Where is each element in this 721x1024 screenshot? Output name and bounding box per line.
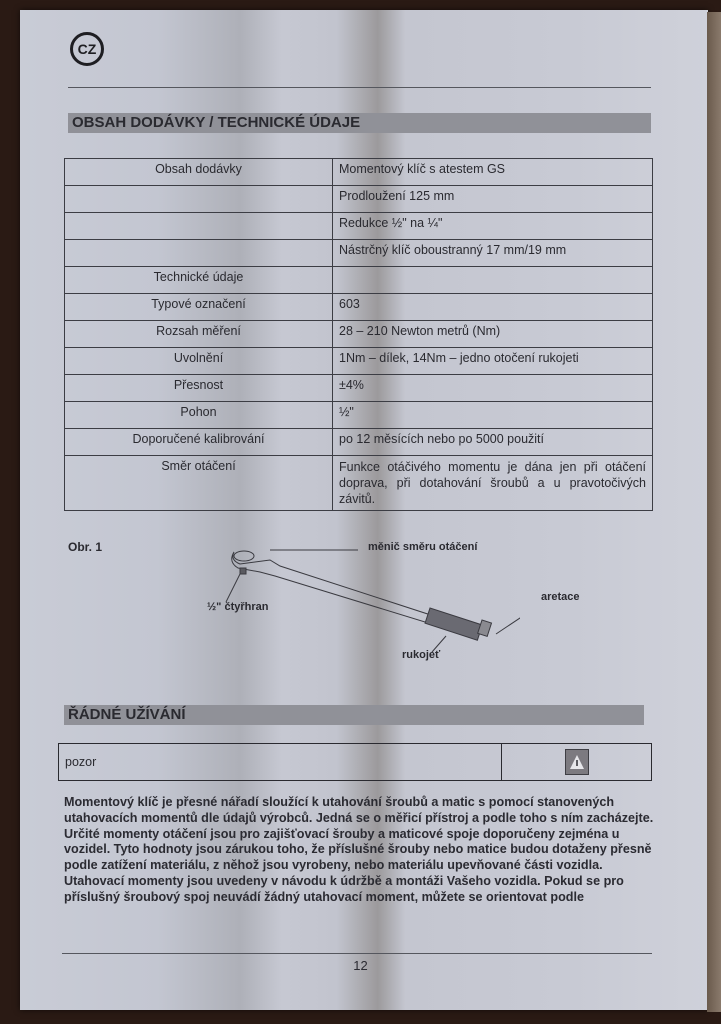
spec-row: Obsah dodávkyMomentový klíč s atestem GS [65, 159, 653, 186]
spec-label [65, 186, 333, 213]
spec-row: Rozsah měření28 – 210 Newton metrů (Nm) [65, 321, 653, 348]
spec-value: 1Nm – dílek, 14Nm – jedno otočení rukoje… [333, 348, 653, 375]
spec-label: Pohon [65, 402, 333, 429]
spec-label: Uvolnění [65, 348, 333, 375]
spec-value: ½" [333, 402, 653, 429]
spec-row: Typové označení603 [65, 294, 653, 321]
figure-label: Obr. 1 [68, 540, 102, 554]
spec-label: Rozsah měření [65, 321, 333, 348]
warning-icon [565, 749, 589, 775]
spec-value: 603 [333, 294, 653, 321]
spec-label: Přesnost [65, 375, 333, 402]
spec-label: Obsah dodávky [65, 159, 333, 186]
footer-rule [62, 953, 652, 954]
spec-row: Uvolnění1Nm – dílek, 14Nm – jedno otočen… [65, 348, 653, 375]
callout-handle: rukojeť [402, 649, 440, 661]
spec-label: Technické údaje [65, 267, 333, 294]
spec-label: Doporučené kalibrování [65, 429, 333, 456]
usage-paragraph: Momentový klíč je přesné nářadí sloužící… [64, 795, 654, 906]
spec-row: Pohon½" [65, 402, 653, 429]
section-title-contents: OBSAH DODÁVKY / TECHNICKÉ ÚDAJE [68, 113, 651, 133]
spec-value: Prodloužení 125 mm [333, 186, 653, 213]
spec-row: Směr otáčeníFunkce otáčivého momentu je … [65, 456, 653, 511]
spec-row: Prodloužení 125 mm [65, 186, 653, 213]
spec-row: Technické údaje [65, 267, 653, 294]
spec-value: Nástrčný klíč oboustranný 17 mm/19 mm [333, 240, 653, 267]
spec-value: Funkce otáčivého momentu je dána jen při… [333, 456, 653, 511]
spec-label: Směr otáčení [65, 456, 333, 511]
callout-lock: aretace [541, 591, 580, 603]
spec-table: Obsah dodávkyMomentový klíč s atestem GS… [64, 158, 653, 511]
booklet-spine [707, 12, 721, 1012]
spec-label [65, 213, 333, 240]
section-title-usage: ŘÁDNÉ UŽÍVÁNÍ [64, 705, 644, 725]
warning-label: pozor [59, 744, 502, 781]
spec-value [333, 267, 653, 294]
spec-row: Přesnost±4% [65, 375, 653, 402]
page-number: 12 [0, 958, 721, 973]
spec-value: po 12 měsících nebo po 5000 použití [333, 429, 653, 456]
spec-value: 28 – 210 Newton metrů (Nm) [333, 321, 653, 348]
header-rule [68, 87, 651, 88]
warning-note-table: pozor [58, 743, 652, 781]
language-badge: CZ [70, 32, 104, 66]
spec-row: Doporučené kalibrovánípo 12 měsících neb… [65, 429, 653, 456]
spec-label: Typové označení [65, 294, 333, 321]
spec-value: ±4% [333, 375, 653, 402]
spec-row: Nástrčný klíč oboustranný 17 mm/19 mm [65, 240, 653, 267]
spec-value: Redukce ½" na ¼" [333, 213, 653, 240]
spec-value: Momentový klíč s atestem GS [333, 159, 653, 186]
spec-row: Redukce ½" na ¼" [65, 213, 653, 240]
callout-direction-switch: měnič směru otáčení [368, 541, 477, 553]
callout-square-drive: ½" čtyřhran [207, 601, 268, 613]
spec-label [65, 240, 333, 267]
